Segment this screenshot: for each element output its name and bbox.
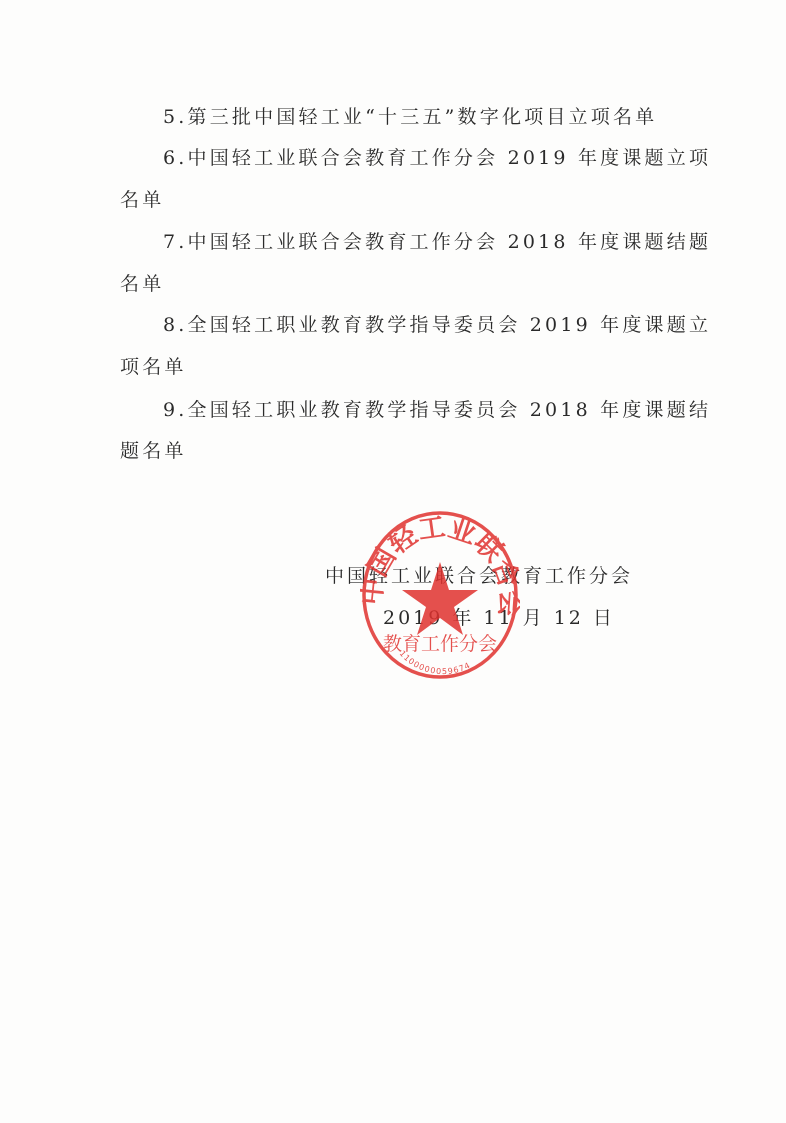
svg-text:教育工作分会: 教育工作分会 — [383, 633, 497, 655]
attachment-6: 6.中国轻工业联合会教育工作分会 2019 年度课题立项 — [163, 146, 711, 170]
attachment-7-cont: 名单 — [120, 272, 164, 296]
attachment-7: 7.中国轻工业联合会教育工作分会 2018 年度课题结题 — [163, 230, 711, 254]
attachment-8-cont: 项名单 — [120, 355, 187, 379]
attachment-8: 8.全国轻工职业教育教学指导委员会 2019 年度课题立 — [163, 313, 711, 337]
official-seal-icon: 中国轻工业联合会 教育工作分会 1100000059674 — [360, 510, 520, 680]
attachment-6-cont: 名单 — [120, 188, 164, 212]
attachment-5: 5.第三批中国轻工业“十三五”数字化项目立项名单 — [163, 105, 657, 129]
attachment-9: 9.全国轻工职业教育教学指导委员会 2018 年度课题结 — [163, 398, 711, 422]
attachment-9-cont: 题名单 — [120, 439, 187, 463]
